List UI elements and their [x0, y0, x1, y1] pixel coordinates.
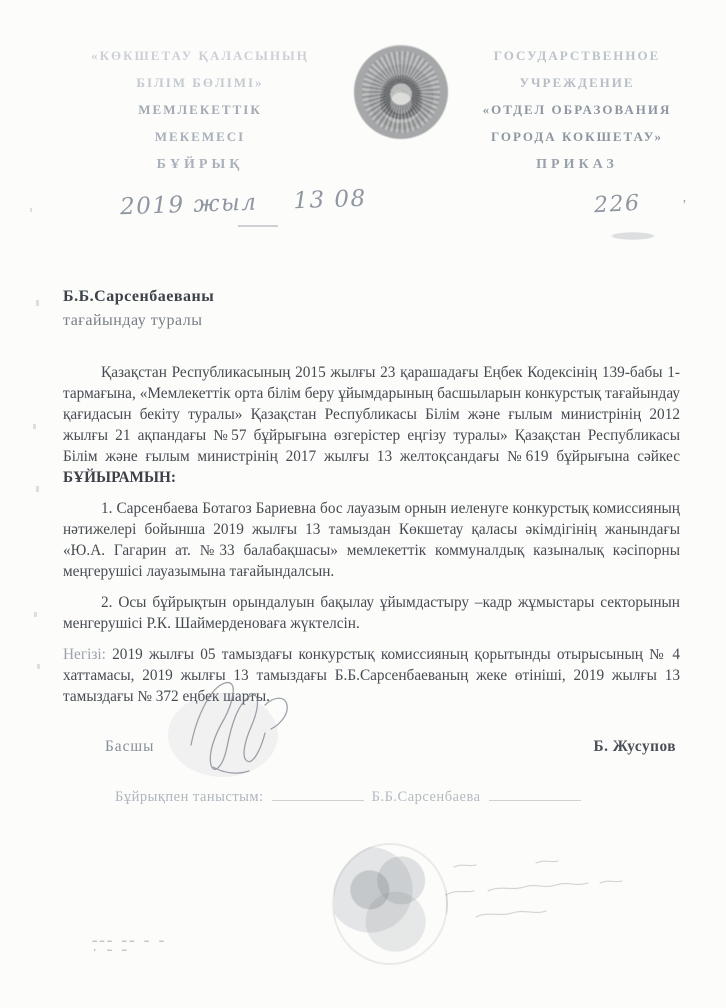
- org-name-line: «ОТДЕЛ ОБРАЗОВАНИЯ: [446, 96, 708, 123]
- preamble-paragraph: Қазақстан Республикасының 2015 жылғы 23 …: [63, 362, 680, 488]
- basis-label: Негізі:: [63, 646, 106, 663]
- handwritten-date: 2019 жыл13 08: [120, 186, 367, 221]
- faint-stamp-blot: [168, 693, 278, 777]
- handwritten-date-day: 13 08: [293, 186, 367, 215]
- kazakhstan-coat-of-arms-stamp: [354, 45, 448, 139]
- date-blank: [489, 788, 581, 801]
- doc-type-kazakh: БҰЙРЫҚ: [62, 157, 338, 173]
- order-title-name: Б.Б.Сарсенбаеваны: [63, 285, 214, 309]
- header-org-kazakh: «КӨКШЕТАУ ҚАЛАСЫНЫҢ БІЛІМ БӨЛІМІ» МЕМЛЕК…: [62, 42, 338, 150]
- dash-row: · − −: [92, 947, 166, 956]
- org-name-line: БІЛІМ БӨЛІМІ»: [62, 69, 338, 96]
- signature-name: Б. Жусупов: [594, 736, 680, 757]
- preamble-resolution-word: БҰЙЫРАМЫН:: [63, 469, 176, 486]
- acknowledgment-label: Бұйрықпен таныстым:: [115, 789, 264, 805]
- org-name-line: МЕМЛЕКЕТТІК: [62, 96, 338, 123]
- signature-blank: [272, 788, 364, 801]
- order-body: Қазақстан Республикасының 2015 жылғы 23 …: [63, 362, 680, 808]
- order-title-subject: тағайындау туралы: [63, 309, 214, 333]
- signature-label: Басшы: [63, 736, 154, 757]
- order-item-1: 1. Сарсенбаева Ботагоз Бариевна бос лауа…: [63, 498, 680, 582]
- handwritten-order-number: 226: [593, 191, 641, 218]
- org-name-line: «КӨКШЕТАУ ҚАЛАСЫНЫҢ: [62, 42, 338, 69]
- order-item-2: 2. Осы бұйрықтын орындалуын бақылау ұйым…: [63, 592, 680, 634]
- org-name-line: ГОСУДАРСТВЕННОЕ: [446, 42, 708, 69]
- head-signature-scribble: [153, 675, 353, 785]
- acknowledgment-line: Бұйрықпен таныстым:Б.Б.Сарсенбаева: [63, 787, 680, 808]
- org-name-line: УЧРЕЖДЕНИЕ: [446, 69, 708, 96]
- signature-row: Басшы Б. Жусупов: [63, 723, 680, 757]
- org-name-line: МЕКЕМЕСІ: [62, 123, 338, 150]
- preamble-text: Қазақстан Республикасының 2015 жылғы 23 …: [63, 364, 680, 465]
- round-office-stamp: [332, 843, 448, 965]
- faint-handwritten-note: [440, 855, 680, 945]
- header-org-russian: ГОСУДАРСТВЕННОЕ УЧРЕЖДЕНИЕ «ОТДЕЛ ОБРАЗО…: [446, 42, 708, 150]
- handwritten-smudge: [610, 232, 656, 240]
- handwritten-underline: [238, 225, 278, 227]
- order-title: Б.Б.Сарсенбаеваны тағайындау туралы: [63, 285, 214, 333]
- handwritten-tick-mark: ʼ: [682, 198, 687, 214]
- scan-artifact-dashes: −−− −− − − · − −: [92, 938, 166, 956]
- org-name-line: ГОРОДА КОКШЕТАУ»: [446, 123, 708, 150]
- doc-type-russian: ПРИКАЗ: [446, 157, 708, 173]
- handwritten-date-year: 2019 жыл: [120, 190, 258, 221]
- scanned-order-document: «КӨКШЕТАУ ҚАЛАСЫНЫҢ БІЛІМ БӨЛІМІ» МЕМЛЕК…: [0, 0, 726, 1008]
- acknowledgment-name: Б.Б.Сарсенбаева: [372, 789, 481, 805]
